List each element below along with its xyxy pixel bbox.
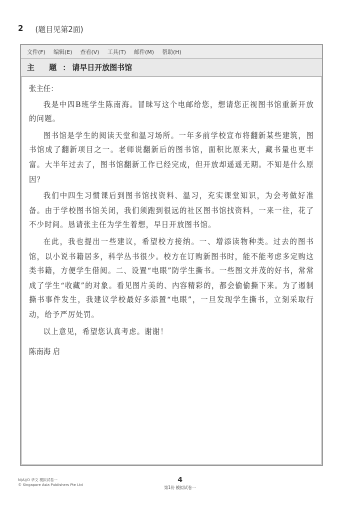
paragraph-intro: 我是中四B班学生陈南海。冒昧写这个电邮给您，想请您正视图书馆重新开放的问题。 <box>29 98 314 127</box>
footer-publisher: N(A)/O 华文 模拟试卷一 © Singapore Asia Publish… <box>18 478 83 488</box>
menu-file[interactable]: 文件(F) <box>27 48 45 56</box>
subject-bar: 主 题 ： 请早日开放图书馆 <box>21 59 322 77</box>
subject-text: 请早日开放图书馆 <box>72 62 132 73</box>
paragraph-impact: 我们中四生习惯课后到图书馆找资料、温习，充实课堂知识，为会考做好准备。由于学校图… <box>29 189 314 233</box>
email-signoff: 陈南海 启 <box>29 345 314 360</box>
menu-mail[interactable]: 邮件(M) <box>134 48 154 56</box>
menu-bar: 文件(F) 编辑(E) 查看(V) 工具(T) 邮件(M) 帮助(H) <box>21 45 322 59</box>
paragraph-suggestions: 在此，我也提出一些建议，希望校方接纳。一、增添读物种类。过去的图书馆，以小说书籍… <box>29 235 314 323</box>
menu-edit[interactable]: 编辑(E) <box>53 48 72 56</box>
email-body: 张主任： 我是中四B班学生陈南海。冒昧写这个电邮给您，想请您正视图书馆重新开放的… <box>21 77 322 360</box>
question-note: (题目见第2面) <box>35 24 83 35</box>
question-number: 2 <box>18 24 23 35</box>
paragraph-closing: 以上意见，希望您认真考虑。谢谢！ <box>29 325 314 340</box>
page-subtitle: 第1份 模拟试卷一 <box>140 485 220 491</box>
menu-help[interactable]: 帮助(H) <box>162 48 181 56</box>
email-window: 文件(F) 编辑(E) 查看(V) 工具(T) 邮件(M) 帮助(H) 主 题 … <box>20 44 323 466</box>
menu-tools[interactable]: 工具(T) <box>107 48 126 56</box>
paragraph-background: 图书馆是学生的阅读天堂和温习场所。一年多前学校宣布将翻新某些建筑，图书馆成了翻新… <box>29 129 314 187</box>
footer-page: 4 第1份 模拟试卷一 <box>140 476 220 491</box>
email-greeting: 张主任： <box>29 82 314 97</box>
subject-label: 主 题 <box>27 62 63 73</box>
question-header: 2 (题目见第2面) <box>18 24 83 35</box>
footer-copyright: © Singapore Asia Publishers Pte Ltd <box>18 483 83 488</box>
page-number: 4 <box>140 476 220 485</box>
menu-view[interactable]: 查看(V) <box>80 48 99 56</box>
subject-colon: ： <box>63 62 71 73</box>
